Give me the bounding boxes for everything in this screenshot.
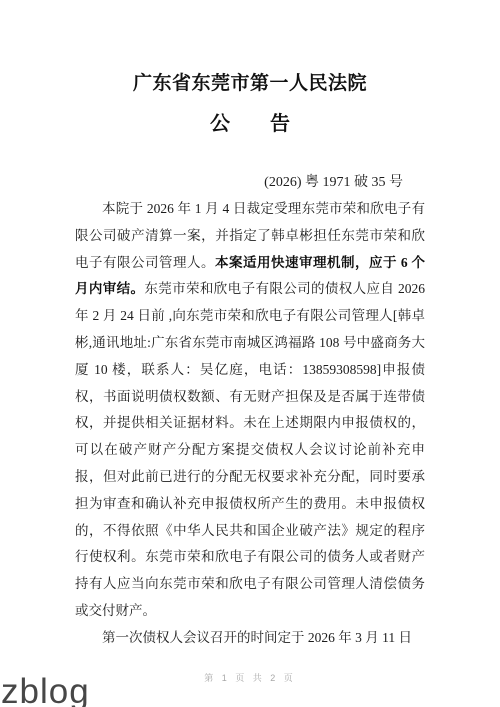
paragraph-main: 本院于 2026 年 1 月 4 日裁定受理东莞市荣和欣电子有限公司破产清算一案… [75, 196, 425, 625]
document-title: 公 告 [0, 107, 500, 136]
document-page: 广东省东莞市第一人民法院 公 告 (2026) 粤 1971 破 35 号 本院… [0, 0, 500, 707]
court-name-heading: 广东省东莞市第一人民法院 [0, 68, 500, 95]
paragraph-meeting-date: 第一次债权人会议召开的时间定于 2026 年 3 月 11 日 [75, 625, 425, 652]
case-number: (2026) 粤 1971 破 35 号 [264, 171, 403, 191]
zblog-watermark: zblog [1, 674, 90, 707]
paragraph-main-continuation: 东莞市荣和欣电子有限公司的债权人应自 2026 年 2 月 24 日前 ,向东莞… [75, 281, 425, 618]
document-body: 本院于 2026 年 1 月 4 日裁定受理东莞市荣和欣电子有限公司破产清算一案… [75, 196, 425, 652]
